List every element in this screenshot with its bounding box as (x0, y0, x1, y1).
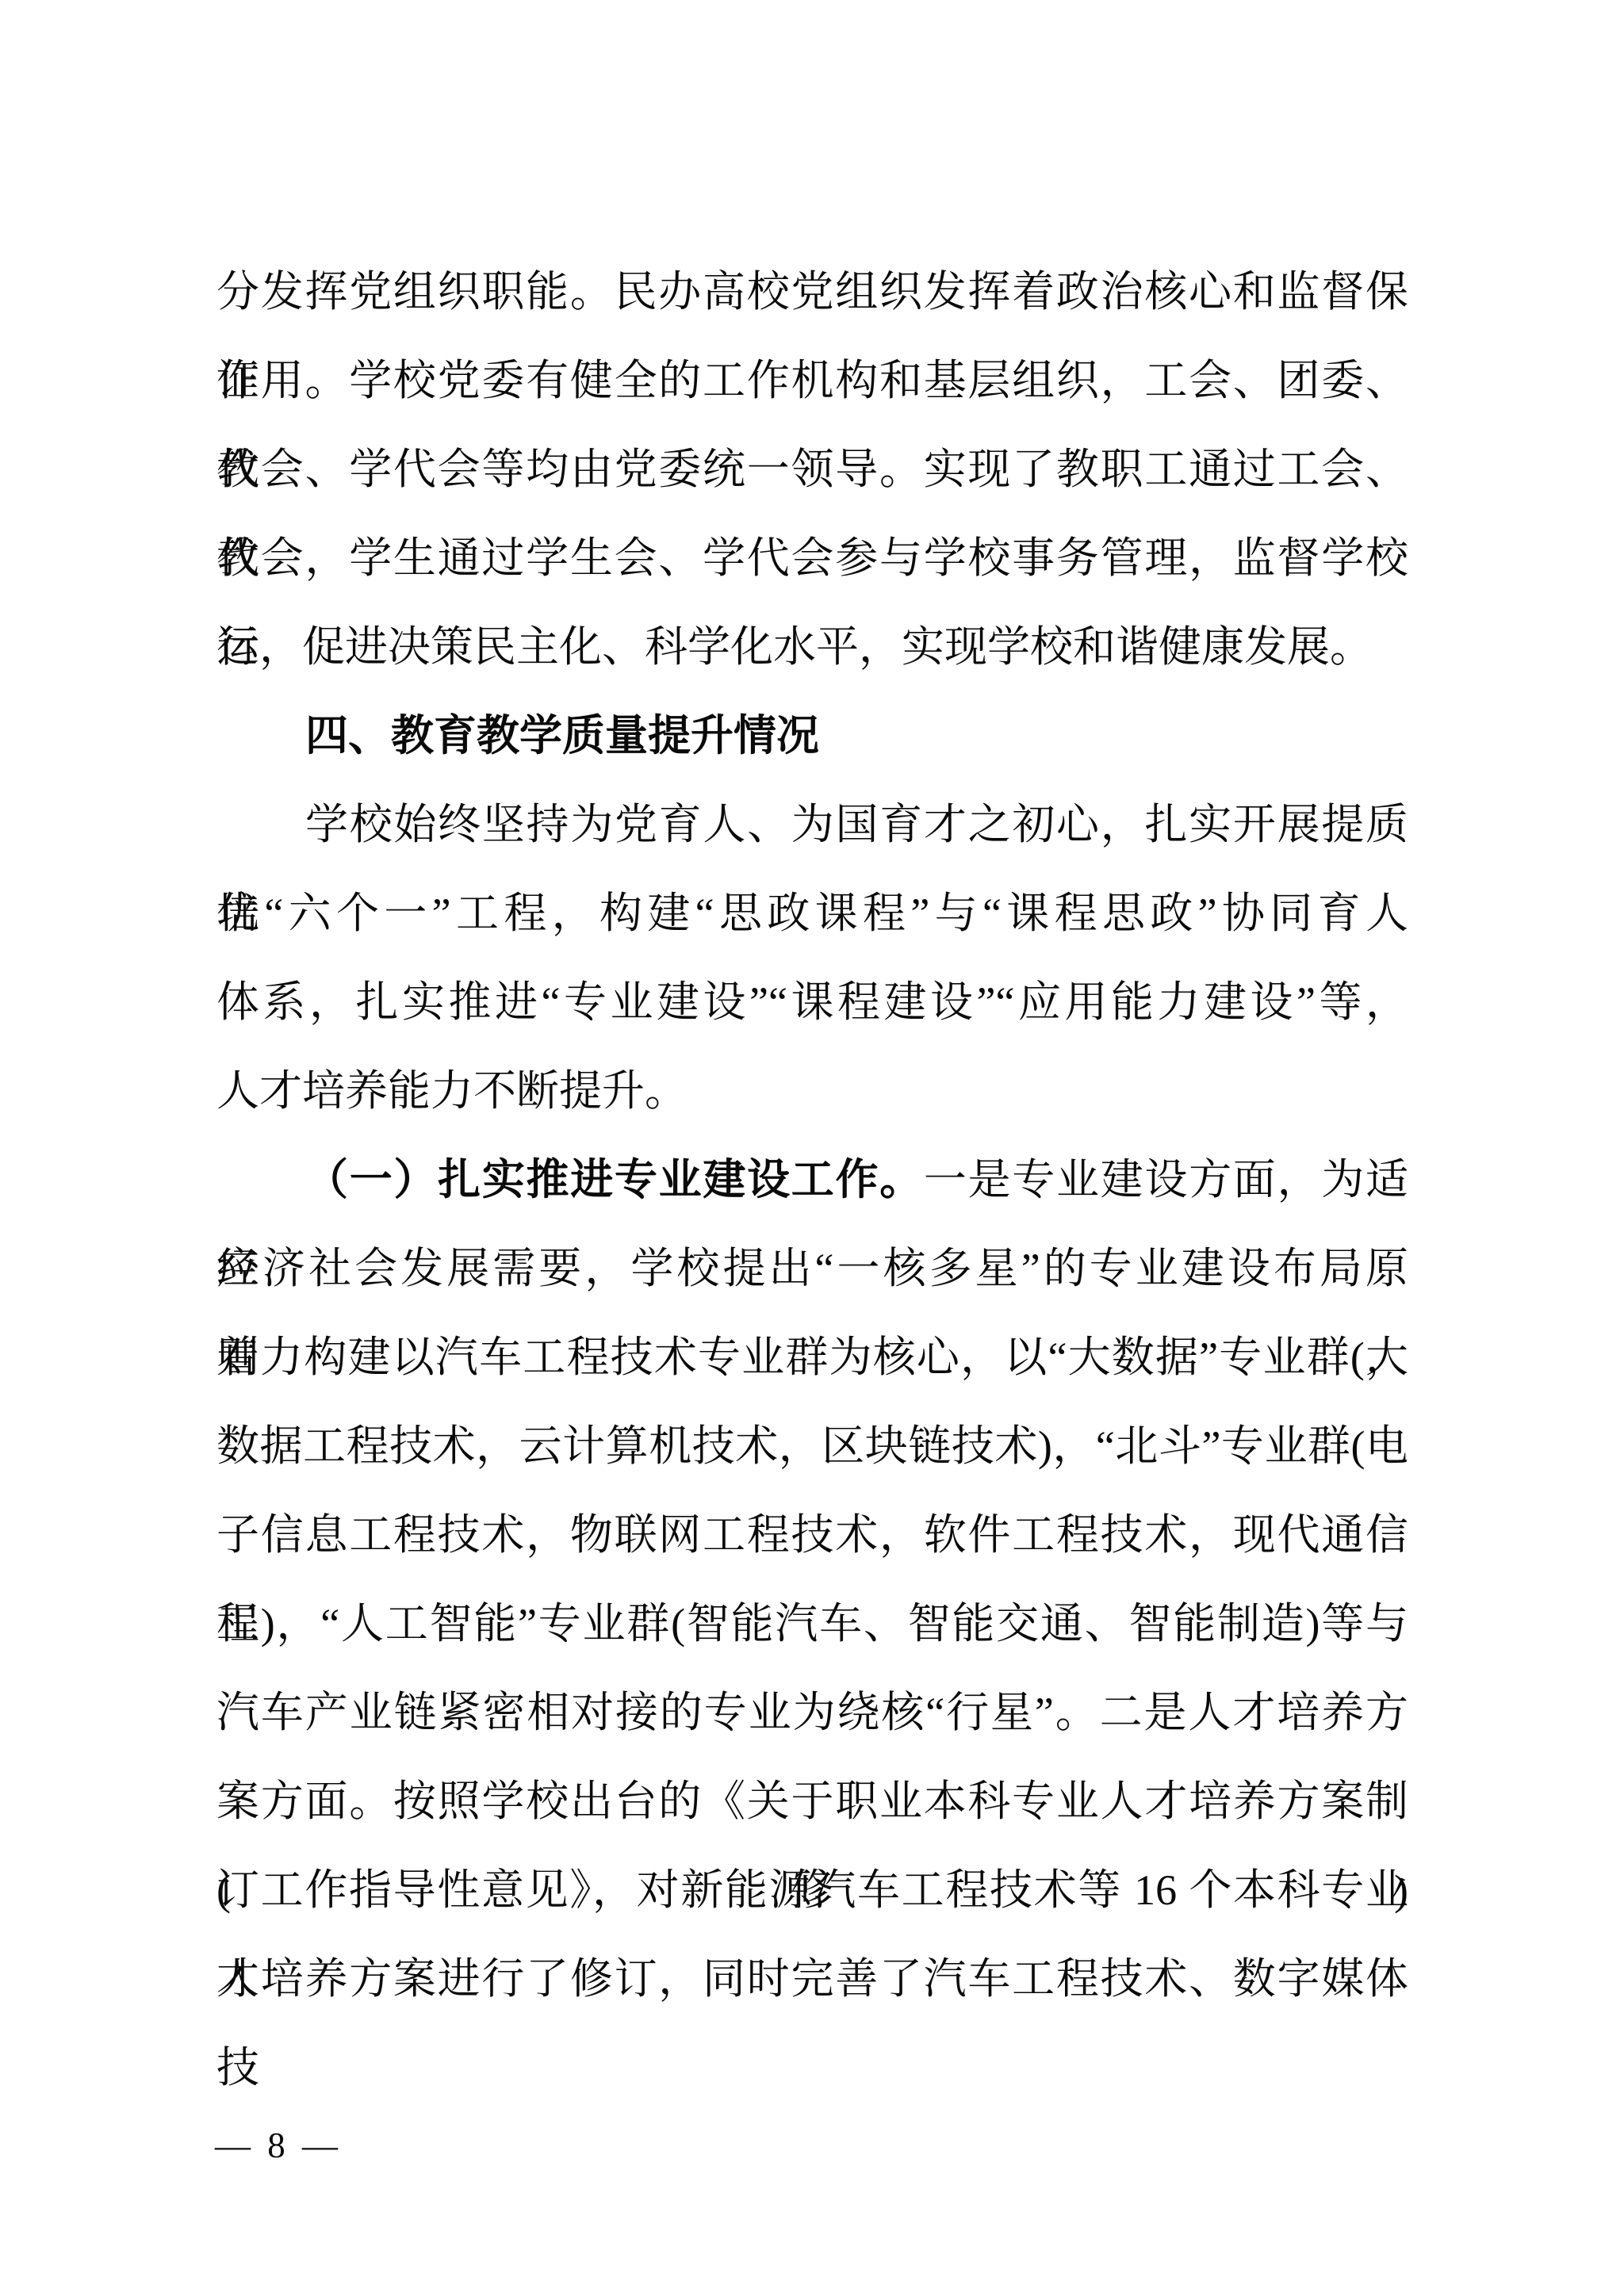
text-line: 分发挥党组织职能。民办高校党组织发挥着政治核心和监督保证 (216, 247, 1408, 336)
text-segment: 人才培养能力不断提升。 (216, 1067, 688, 1115)
text-segment: 体系，扎实推进“专业建设”“课程建设”“应用能力建设”等， (216, 978, 1408, 1026)
bold-text-segment: 四、教育教学质量提升情况 (305, 712, 819, 760)
bold-text-segment: （一）扎实推进专业建设工作。 (305, 1156, 924, 1203)
page-number: — 8 — (215, 2118, 342, 2173)
text-block: 分发挥党组织职能。民办高校党组织发挥着政治核心和监督保证作用。学校党委有健全的工… (216, 247, 1408, 2023)
text-line: 学校始终坚持为党育人、为国育才之初心，扎实开展提质培 (216, 780, 1408, 869)
text-line: （一）扎实推进专业建设工作。一是专业建设方面，为适应 (216, 1135, 1408, 1224)
text-line: 程)，“人工智能”专业群(智能汽车、智能交通、智能制造)等与 (216, 1579, 1408, 1668)
text-line: 行，促进决策民主化、科学化水平，实现学校和谐健康发展。 (216, 603, 1408, 691)
text-line: 人才培养能力不断提升。 (216, 1047, 1408, 1135)
text-segment: 着力构建以汽车工程技术专业群为核心，以“大数据”专业群(大 (216, 1334, 1408, 1381)
text-line: 订工作指导性意见》，对新能源汽车工程技术等 16 个本科专业人 (216, 1846, 1408, 1934)
text-segment: 才培养方案进行了修订，同时完善了汽车工程技术、数字媒体技 (216, 1955, 1408, 2091)
text-line: 案方面。按照学校出台的《关于职业本科专业人才培养方案制(修) (216, 1757, 1408, 1846)
text-line: 经济社会发展需要，学校提出“一核多星”的专业建设布局原则， (216, 1224, 1408, 1313)
text-line: 体系，扎实推进“专业建设”“课程建设”“应用能力建设”等， (216, 958, 1408, 1047)
text-line: 优“六个一”工程，构建“思政课程”与“课程思政”协同育人 (216, 869, 1408, 958)
text-line: 代会、学代会等均由党委统一领导。实现了教职工通过工会、教 (216, 425, 1408, 514)
document-page: 分发挥党组织职能。民办高校党组织发挥着政治核心和监督保证作用。学校党委有健全的工… (0, 0, 1624, 2296)
text-line: 着力构建以汽车工程技术专业群为核心，以“大数据”专业群(大 (216, 1313, 1408, 1402)
text-line: 作用。学校党委有健全的工作机构和基层组织，工会、团委、教 (216, 336, 1408, 425)
text-line: 汽车产业链紧密相对接的专业为绕核“行星”。二是人才培养方 (216, 1668, 1408, 1757)
text-segment: 优“六个一”工程，构建“思政课程”与“课程思政”协同育人 (216, 890, 1408, 937)
text-line: 代会，学生通过学生会、学代会参与学校事务管理，监督学校运 (216, 514, 1408, 603)
section-heading: 四、教育教学质量提升情况 (216, 691, 1408, 780)
text-line: 数据工程技术，云计算机技术，区块链技术)，“北斗”专业群(电 (216, 1402, 1408, 1490)
text-line: 才培养方案进行了修订，同时完善了汽车工程技术、数字媒体技 (216, 1934, 1408, 2023)
text-line: 子信息工程技术，物联网工程技术，软件工程技术，现代通信工 (216, 1490, 1408, 1579)
text-segment: 程)，“人工智能”专业群(智能汽车、智能交通、智能制造)等与 (216, 1600, 1408, 1647)
text-segment: 行，促进决策民主化、科学化水平，实现学校和谐健康发展。 (216, 623, 1373, 671)
text-segment: 数据工程技术，云计算机技术，区块链技术)，“北斗”专业群(电 (216, 1422, 1408, 1470)
text-segment: 汽车产业链紧密相对接的专业为绕核“行星”。二是人才培养方 (216, 1689, 1408, 1736)
